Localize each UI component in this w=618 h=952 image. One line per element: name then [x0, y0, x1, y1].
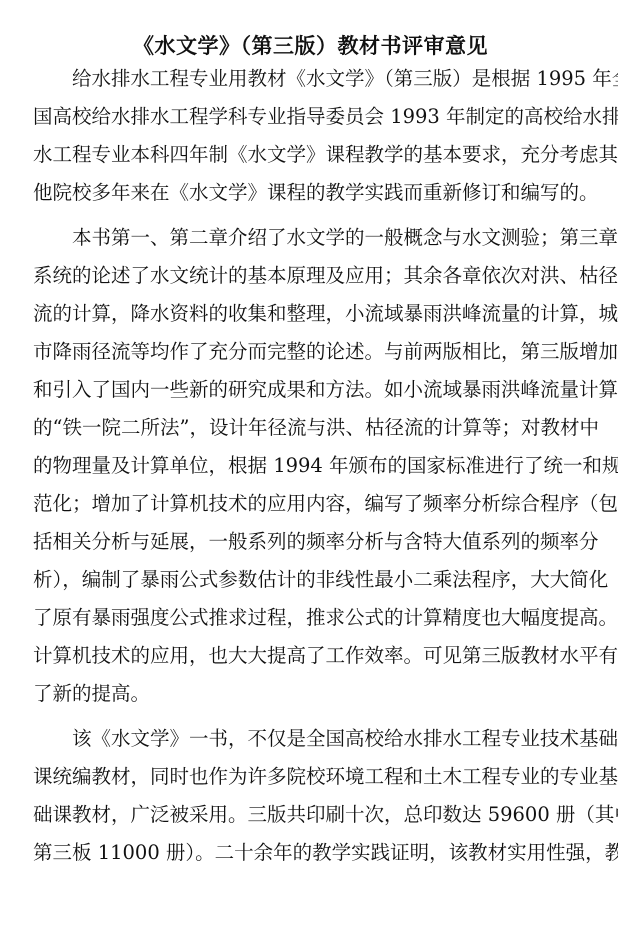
paragraph-1-line-2: 国高校给水排水工程学科专业指导委员会 1993 年制定的高校给水排	[33, 102, 588, 132]
document-title: 《水文学》（第三版）教材书评审意见	[33, 30, 588, 60]
paragraph-2-line-13: 了新的提高。	[33, 679, 588, 709]
paragraph-3-line-1: 该《水文学》一书，不仅是全国高校给水排水工程专业技术基础	[72, 724, 588, 754]
paragraph-2-line-6: 的“铁一院二所法”，设计年径流与洪、枯径流的计算等；对教材中	[33, 413, 588, 443]
paragraph-2-line-5: 和引入了国内一些新的研究成果和方法。如小流域暴雨洪峰流量计算	[33, 375, 588, 405]
paragraph-2-line-7: 的物理量及计算单位，根据 1994 年颁布的国家标准进行了统一和规	[33, 451, 588, 481]
paragraph-2-line-4: 市降雨径流等均作了充分而完整的论述。与前两版相比，第三版增加	[33, 337, 588, 367]
paragraph-2-line-12: 计算机技术的应用，也大大提高了工作效率。可见第三版教材水平有	[33, 641, 588, 671]
paragraph-2-line-10: 析），编制了暴雨公式参数估计的非线性最小二乘法程序，大大简化	[33, 565, 588, 595]
paragraph-2-line-11: 了原有暴雨强度公式推求过程，推求公式的计算精度也大幅度提高。	[33, 603, 588, 633]
paragraph-2-line-9: 括相关分析与延展，一般系列的频率分析与含特大值系列的频率分	[33, 527, 588, 557]
paragraph-2-line-1: 本书第一、第二章介绍了水文学的一般概念与水文测验；第三章	[72, 223, 588, 253]
paragraph-1-line-3: 水工程专业本科四年制《水文学》课程教学的基本要求，充分考虑其	[33, 140, 588, 170]
paragraph-3-line-4: 第三板 11000 册）。二十余年的教学实践证明，该教材实用性强，教	[33, 838, 588, 868]
paragraph-2-line-3: 流的计算，降水资料的收集和整理，小流域暴雨洪峰流量的计算，城	[33, 299, 588, 329]
paragraph-3-line-2: 课统编教材，同时也作为许多院校环境工程和土木工程专业的专业基	[33, 762, 588, 792]
paragraph-2-line-8: 范化；增加了计算机技术的应用内容，编写了频率分析综合程序（包	[33, 489, 588, 519]
paragraph-1-line-4: 他院校多年来在《水文学》课程的教学实践而重新修订和编写的。	[33, 178, 588, 208]
paragraph-3-line-3: 础课教材，广泛被采用。三版共印刷十次，总印数达 59600 册（其中	[33, 800, 588, 830]
paragraph-1-line-1: 给水排水工程专业用教材《水文学》（第三版）是根据 1995 年全	[72, 64, 588, 94]
paragraph-2-line-2: 系统的论述了水文统计的基本原理及应用；其余各章依次对洪、枯径	[33, 261, 588, 291]
